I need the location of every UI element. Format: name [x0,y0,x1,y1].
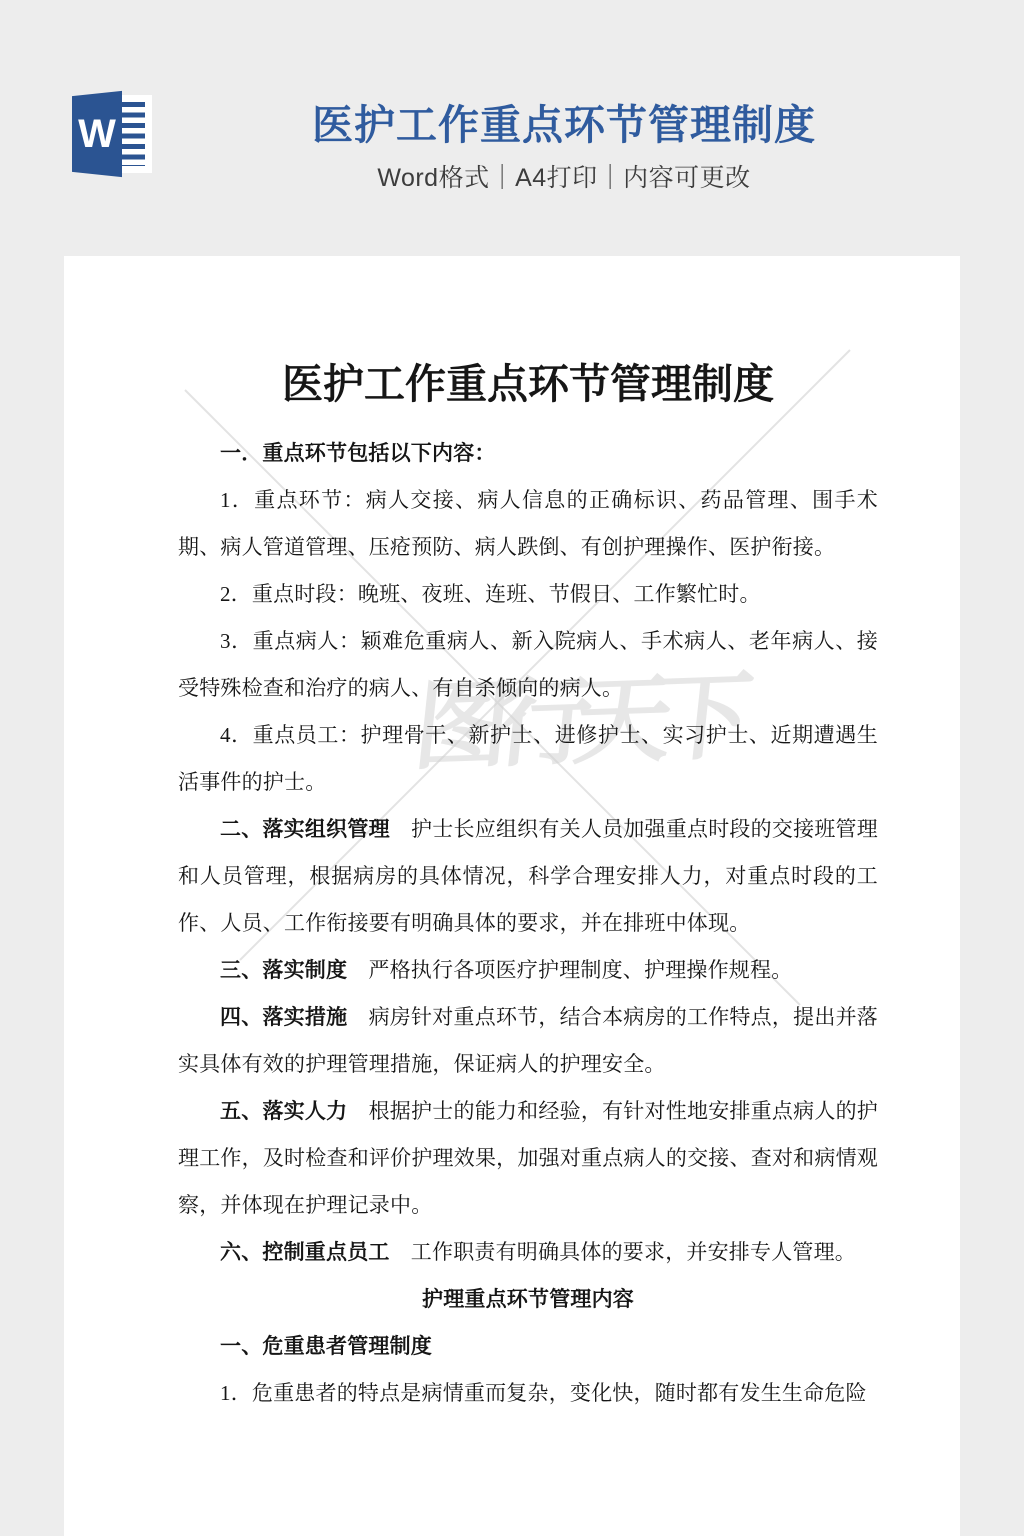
paragraph: 4．重点员工：护理骨干、新护士、进修护士、实习护士、近期遭遇生活事件的护士。 [178,712,878,806]
text-run: 工作职责有明确具体的要求，并安排专人管理。 [390,1240,856,1264]
template-preview-header: W 医护工作重点环节管理制度 Word格式｜A4打印｜内容可更改 [0,0,1024,230]
section-title: 护理重点环节管理内容 [178,1276,878,1323]
bold-run: 三、落实制度 [220,958,347,982]
bold-run: 四、落实措施 [220,1005,347,1029]
document-content: 医护工作重点环节管理制度 一．重点环节包括以下内容：1．重点环节：病人交接、病人… [64,256,960,1417]
word-icon-flag: W [72,90,122,178]
word-icon: W [72,90,152,178]
text-run: 严格执行各项医疗护理制度、护理操作规程。 [347,958,792,982]
paragraph: 二、落实组织管理 护士长应组织有关人员加强重点时段的交接班管理和人员管理，根据病… [178,806,878,947]
template-subtitle: Word格式｜A4打印｜内容可更改 [170,158,958,194]
paragraph: 六、控制重点员工 工作职责有明确具体的要求，并安排专人管理。 [178,1229,878,1276]
paragraph: 五、落实人力 根据护士的能力和经验，有针对性地安排重点病人的护理工作，及时检查和… [178,1088,878,1229]
bold-run: 一．重点环节包括以下内容： [220,441,496,465]
paragraph: 3．重点病人：颖难危重病人、新入院病人、手术病人、老年病人、接受特殊检查和治疗的… [178,618,878,712]
text-run: 1．危重患者的特点是病情重而复杂，变化快，随时都有发生生命危险 [220,1381,867,1405]
paragraph: 2．重点时段：晚班、夜班、连班、节假日、工作繁忙时。 [178,571,878,618]
heading-paragraph: 一、危重患者管理制度 [178,1323,878,1370]
bold-run: 六、控制重点员工 [220,1240,390,1264]
bold-run: 护理重点环节管理内容 [422,1287,634,1311]
text-run: 1．重点环节：病人交接、病人信息的正确标识、药品管理、围手术期、病人管道管理、压… [178,488,878,559]
text-run: 3．重点病人：颖难危重病人、新入院病人、手术病人、老年病人、接受特殊检查和治疗的… [178,629,878,700]
paragraph: 1．重点环节：病人交接、病人信息的正确标识、药品管理、围手术期、病人管道管理、压… [178,477,878,571]
bold-run: 五、落实人力 [220,1099,347,1123]
bold-run: 二、落实组织管理 [220,817,390,841]
document-body: 一．重点环节包括以下内容：1．重点环节：病人交接、病人信息的正确标识、药品管理、… [178,430,878,1417]
template-title: 医护工作重点环节管理制度 [170,92,958,151]
document-title: 医护工作重点环节管理制度 [178,358,878,410]
heading-paragraph: 一．重点环节包括以下内容： [178,430,878,477]
paragraph: 1．危重患者的特点是病情重而复杂，变化快，随时都有发生生命危险 [178,1370,878,1417]
paragraph: 三、落实制度 严格执行各项医疗护理制度、护理操作规程。 [178,947,878,994]
document-page: 图行天下 医护工作重点环节管理制度 一．重点环节包括以下内容：1．重点环节：病人… [64,256,960,1536]
text-run: 4．重点员工：护理骨干、新护士、进修护士、实习护士、近期遭遇生活事件的护士。 [178,723,878,794]
word-icon-letter: W [78,114,116,154]
text-run: 2．重点时段：晚班、夜班、连班、节假日、工作繁忙时。 [220,582,761,606]
bold-run: 一、危重患者管理制度 [220,1334,432,1358]
paragraph: 四、落实措施 病房针对重点环节，结合本病房的工作特点，提出并落实具体有效的护理管… [178,994,878,1088]
